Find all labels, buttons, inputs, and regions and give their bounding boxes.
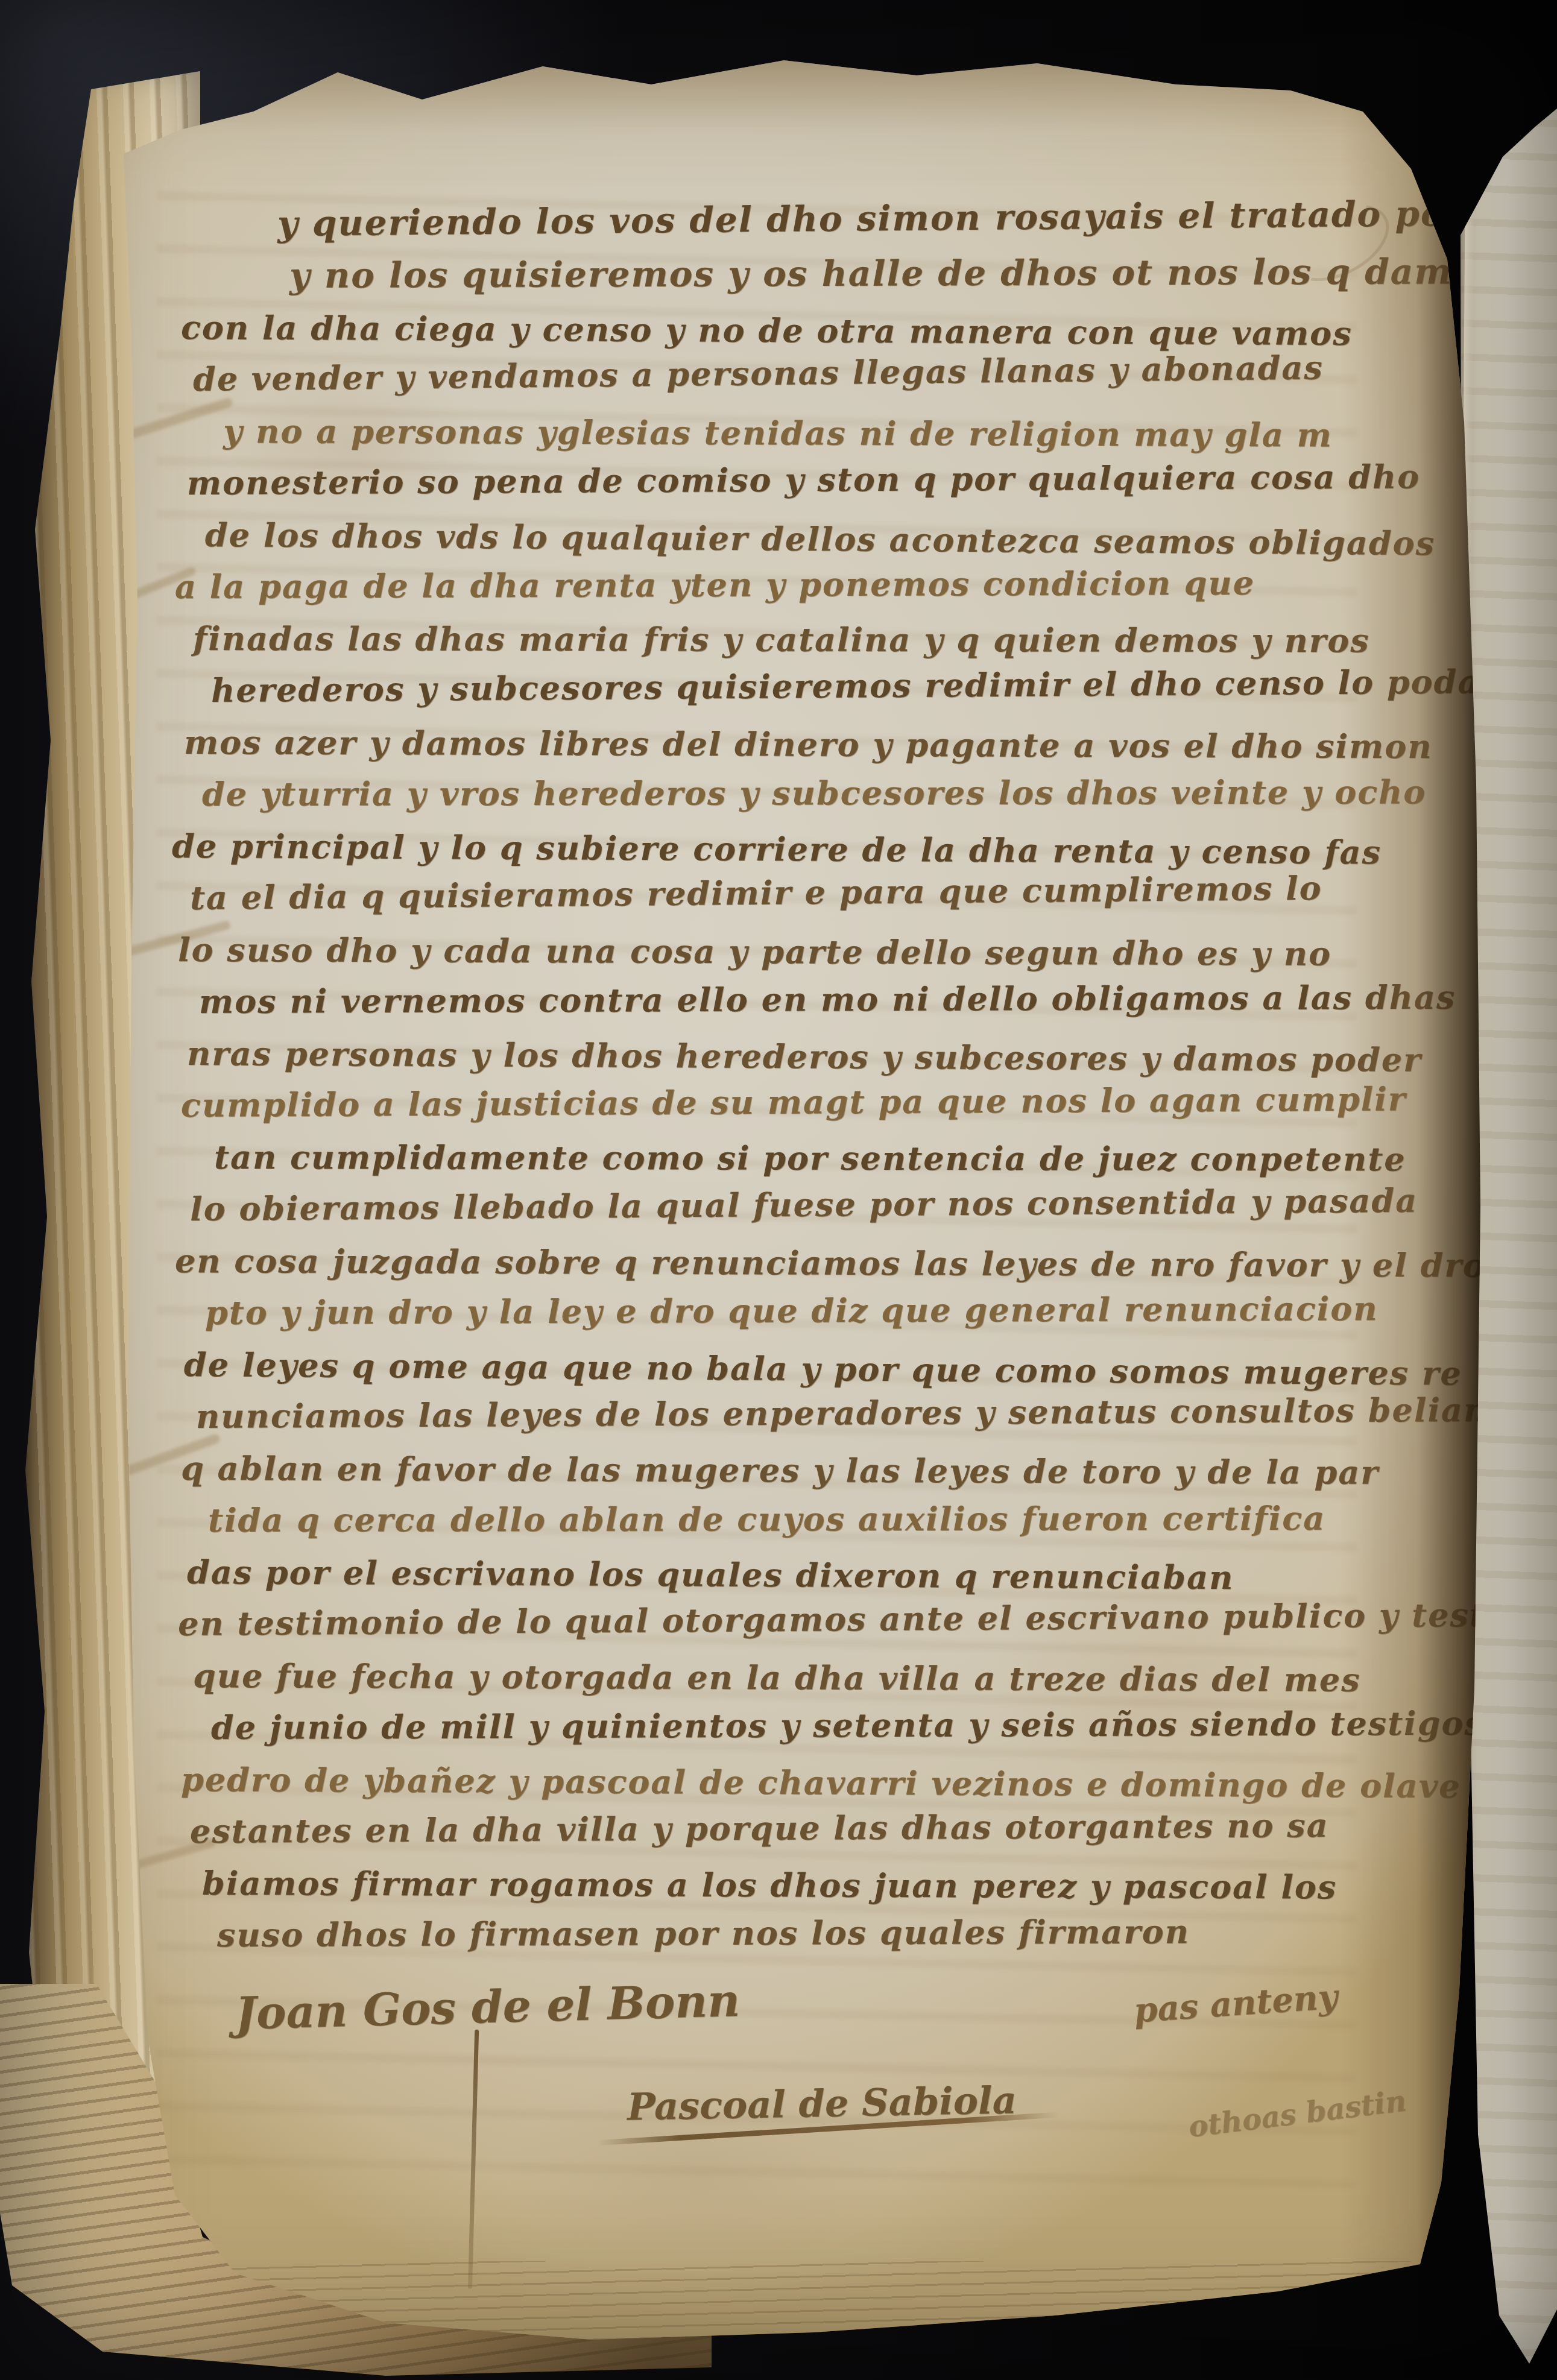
manuscript-line: pto y jun dro y la ley e dro que diz que…: [205, 1283, 1483, 1339]
manuscript-photograph: y queriendo los vos del dho simon rosaya…: [0, 0, 1557, 2380]
manuscript-line: y no los quisieremos y os halle de dhos …: [289, 245, 1557, 301]
page-top-edge: [84, 54, 1489, 133]
manuscript-line: ta el dia q quisieramos redimir e para q…: [190, 861, 1469, 924]
manuscript-line: q ablan en favor de las mugeres y las le…: [181, 1442, 1459, 1498]
manuscript-page: y queriendo los vos del dho simon rosaya…: [84, 54, 1489, 2352]
manuscript-line: y queriendo los vos del dho simon rosaya…: [277, 187, 1556, 250]
manuscript-text: y queriendo los vos del dho simon rosaya…: [199, 198, 1477, 1961]
manuscript-line: herederos y subcesores quisieremos redim…: [211, 655, 1490, 716]
manuscript-line: en testimonio de lo qual otorgamos ante …: [178, 1589, 1457, 1650]
manuscript-line: de junio de mill y quinientos y setenta …: [211, 1697, 1489, 1753]
manuscript-line: mos ni vernemos contra ello en mo ni del…: [199, 971, 1477, 1027]
manuscript-line: nunciamos las leyes de los enperadores y…: [196, 1384, 1474, 1442]
manuscript-line: estantes en la dha villa y porque las dh…: [190, 1799, 1468, 1857]
manuscript-line: cumplido a las justicias de su magt pa q…: [181, 1073, 1459, 1131]
manuscript-line: mos azer y damos libres del dinero y pag…: [184, 716, 1462, 772]
manuscript-line: tida q cerca dello ablan de cuyos auxili…: [208, 1492, 1486, 1546]
signature-pas-anteny: pas anteny: [1132, 1977, 1339, 2030]
signature-pascoal: Pascoal de Sabiola: [627, 2078, 1017, 2129]
signature-othoas: othoas bastin: [1187, 2084, 1408, 2144]
manuscript-line: de yturria y vros herederos y subcesores…: [202, 766, 1480, 820]
manuscript-line: a la paga de la dha renta yten y ponemos…: [175, 557, 1453, 613]
signature-joan: Joan Gos de el Bonn: [235, 1975, 741, 2040]
manuscript-line: lo obieramos llebado la qual fuese por n…: [190, 1174, 1469, 1235]
manuscript-line: suso dhos lo firmasen por nos los quales…: [217, 1905, 1495, 1961]
manuscript-line: monesterio so pena de comiso y ston q po…: [187, 450, 1465, 509]
